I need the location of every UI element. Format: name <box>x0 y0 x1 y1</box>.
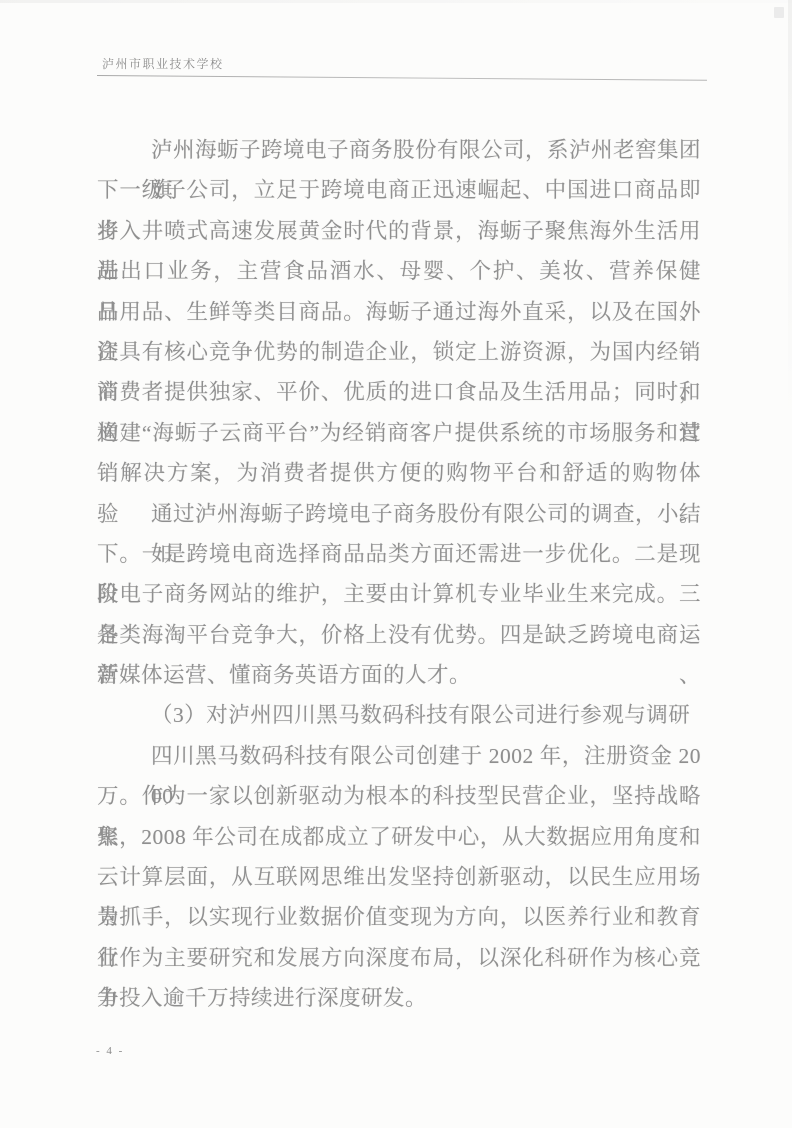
text-line: 四川黑马数码科技有限公司创建于 2002 年，注册资金 2000 <box>97 736 701 776</box>
scanned-document-page: 泸州市职业技术学校 泸州海蛎子跨境电子商务股份有限公司，系泸州老窖集团旗下一级子… <box>0 0 792 1128</box>
scan-edge-shade-top <box>0 0 792 3</box>
document-body-text: 泸州海蛎子跨境电子商务股份有限公司，系泸州老窖集团旗下一级子公司，立足于跨境电商… <box>97 130 701 1019</box>
text-line: 段电子商务网站的维护，主要由计算机专业毕业生来完成。三是 <box>97 574 701 614</box>
text-line: 下。一是跨境电商选择商品品类方面还需进一步优化。二是现阶 <box>97 534 701 574</box>
text-line: 云计算层面，从互联网思维出发坚持创新驱动，以民生应用场景 <box>97 857 701 897</box>
text-line: 泸州海蛎子跨境电子商务股份有限公司，系泸州老窖集团旗 <box>97 130 701 170</box>
text-line: 通过泸州海蛎子跨境电子商务股份有限公司的调查，小结如 <box>97 494 701 534</box>
footer-page-number: - 4 - <box>96 1045 124 1057</box>
text-line: 力投入逾千万持续进行深度研发。 <box>97 978 701 1018</box>
scan-edge-shade-right <box>788 0 792 420</box>
text-line: 消费者提供独家、平价、优质的进口食品及生活用品；同时，通过 <box>97 372 701 412</box>
text-line: 下一级子公司，立足于跨境电商正迅速崛起、中国进口商品即将 <box>97 170 701 210</box>
text-line: 业作为主要研究和发展方向深度布局，以深化科研作为核心竞争 <box>97 938 701 978</box>
header-rule-divider <box>97 75 707 81</box>
text-line: 构建“海蛎子云商平台”为经销商客户提供系统的市场服务和营 <box>97 413 701 453</box>
text-line: 各类海淘平台竞争大，价格上没有优势。四是缺乏跨境电商运营、 <box>97 615 701 655</box>
scan-smudge-artifact <box>774 7 784 18</box>
text-line: 销解决方案，为消费者提供方便的购物平台和舒适的购物体验。 <box>97 453 701 493</box>
text-line: 步入井喷式高速发展黄金时代的背景，海蛎子聚焦海外生活用品 <box>97 211 701 251</box>
text-line: （3）对泸州四川黑马数码科技有限公司进行参观与调研 <box>97 695 701 735</box>
text-line: 资具有核心竞争优势的制造企业，锁定上游资源，为国内经销商和 <box>97 332 701 372</box>
text-line: 万。作为一家以创新驱动为根本的科技型民营企业，坚持战略聚 <box>97 776 701 816</box>
header-school-name: 泸州市职业技术学校 <box>102 55 224 72</box>
text-line: 焦，2008 年公司在成都成立了研发中心，从大数据应用角度和 <box>97 817 701 857</box>
text-line: 进出口业务，主营食品酒水、母婴、个护、美妆、营养保健品、 <box>97 251 701 291</box>
text-line: 日用品、生鲜等类目商品。海蛎子通过海外直采，以及在国外注 <box>97 292 701 332</box>
text-line: 为抓手，以实现行业数据价值变现为方向，以医养行业和教育行 <box>97 897 701 937</box>
